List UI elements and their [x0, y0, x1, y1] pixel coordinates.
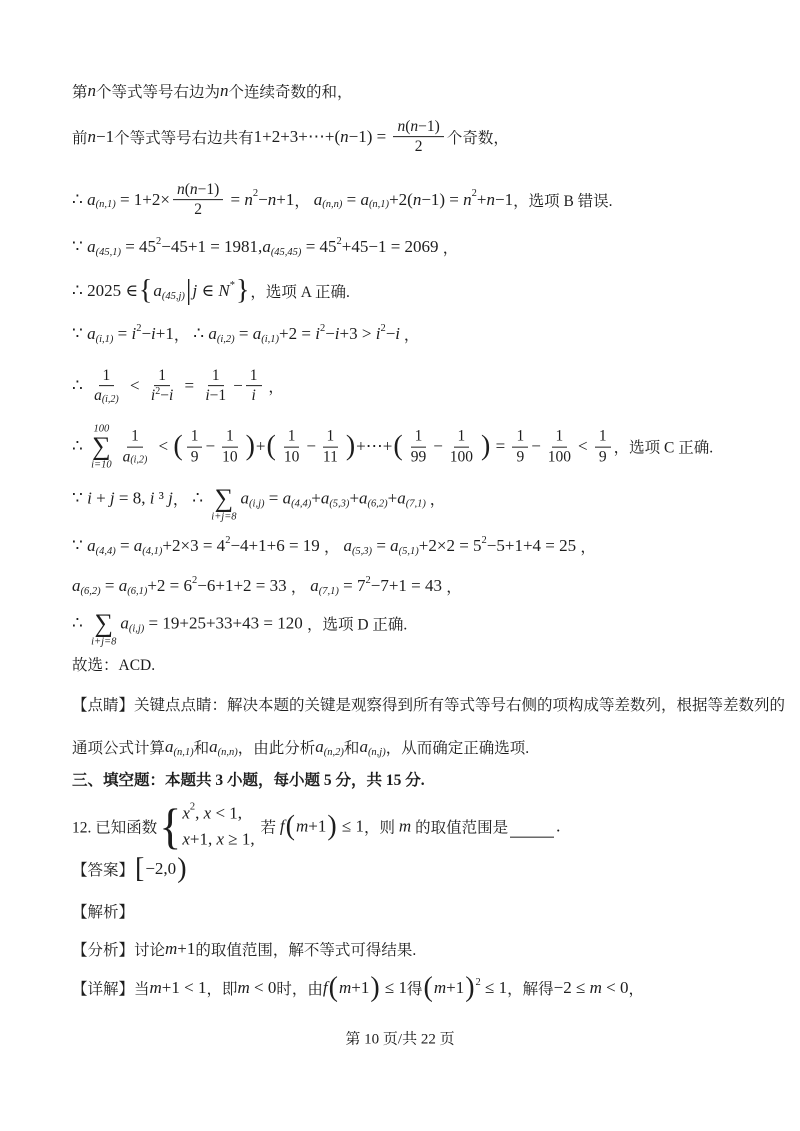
roman-text: 9 — [599, 448, 607, 467]
math-variable: n — [413, 190, 422, 210]
roman-text: 100 — [548, 448, 571, 467]
fraction: 1i−1 — [201, 366, 230, 406]
roman-text: −1 — [495, 190, 513, 210]
math-variable: m — [434, 978, 446, 998]
roman-text: −45+1 = 1981, — [161, 237, 262, 257]
subscript: (7,1) — [319, 586, 339, 597]
fraction: 110 — [280, 427, 304, 467]
roman-text: ≥ 1, — [224, 827, 255, 853]
roman-text: 1 — [516, 427, 524, 446]
piecewise-function: {x2, x < 1,x+1, x ≥ 1, — [159, 801, 254, 854]
math-variable: m — [339, 978, 351, 998]
math-variable: a — [123, 448, 131, 467]
superscript: 2 — [380, 323, 385, 334]
cjk-text: ，选项 D 正确. — [307, 613, 407, 635]
math-variable: n — [244, 190, 253, 210]
sum-lower-limit: i=10 — [91, 459, 112, 470]
text-line: 通项公式计算a(n,1)和a(n,n)，由此分析a(n,2)和a(n,j)，从而… — [72, 736, 754, 758]
text-line: ∴ 1a(i,2) < 1i2−i = 1i−1−1i ， — [72, 366, 754, 406]
roman-text: 99 — [411, 448, 427, 467]
roman-text: −2 ≤ — [554, 978, 590, 998]
math-variable: a — [209, 737, 218, 757]
roman-text: ∈ — [197, 281, 218, 301]
numerator: 1 — [323, 427, 339, 447]
numerator: 1 — [208, 366, 224, 386]
math-variable: i — [251, 387, 255, 406]
denominator: 100 — [446, 448, 477, 467]
superscript: 2 — [320, 323, 325, 334]
cjk-text: 【答案】 — [72, 858, 134, 880]
sum-lower-limit: i+j=8 — [211, 511, 236, 522]
math-variable: x — [182, 801, 190, 827]
superscript: 2 — [136, 323, 141, 334]
denominator: 2 — [190, 201, 206, 220]
roman-text: = — [180, 376, 198, 396]
cjk-text: 【详解】当 — [72, 977, 150, 999]
cjk-text: 【解析】 — [72, 900, 134, 922]
cjk-text: ， — [443, 236, 459, 258]
roman-text: < 0 — [250, 978, 277, 998]
roman-text: − — [433, 437, 443, 457]
subscript: (i,1) — [261, 334, 279, 345]
math-variable: a — [87, 324, 96, 344]
big-delimiter: ( — [173, 433, 182, 461]
big-delimiter: ) — [481, 433, 490, 461]
fraction: 111 — [319, 427, 342, 467]
text-line: ∵ i + j = 8, i ³ j， ∴ ∑i+j=8a(i,j) = a(4… — [72, 476, 754, 523]
roman-text: ≤ 1 — [481, 978, 507, 998]
numerator: 1 — [552, 427, 568, 447]
subscript: (n,1) — [174, 747, 194, 758]
piecewise-rows: x2, x < 1,x+1, x ≥ 1, — [182, 801, 254, 854]
big-delimiter: ( — [266, 433, 275, 461]
subscript: (4,4) — [291, 498, 311, 509]
roman-text: ∴ — [72, 190, 87, 210]
superscript: 2 — [482, 535, 487, 546]
roman-text: = 8, — [115, 489, 150, 509]
roman-text: +1, — [190, 827, 217, 853]
cjk-text: ， — [628, 977, 644, 999]
numerator: 1 — [512, 427, 528, 447]
roman-text: ∵ — [72, 536, 87, 556]
roman-text: −6+1+2 = 33 — [197, 576, 291, 596]
roman-text: 10 — [284, 448, 300, 467]
math-variable: m — [150, 978, 162, 998]
math-variable: a — [390, 536, 399, 556]
roman-text: −4+1+6 = 19 — [230, 536, 324, 556]
roman-text: ∴ — [192, 489, 207, 509]
numerator: n(n−1) — [173, 180, 223, 200]
cjk-text: 12. 已知函数 — [72, 816, 157, 838]
roman-text: − — [160, 387, 169, 406]
fraction: 1i — [246, 366, 262, 406]
subscript: (5,3) — [352, 546, 372, 557]
answer-line: 【答案】[−2,0) — [72, 855, 754, 883]
cjk-text: 【分析】讨论 — [72, 938, 165, 960]
roman-text: = — [372, 536, 390, 556]
roman-text: 1 — [191, 427, 199, 446]
big-delimiter: ) — [370, 974, 379, 1002]
math-variable: a — [360, 190, 369, 210]
big-delimiter: ) — [465, 974, 474, 1002]
roman-text: = — [113, 324, 131, 344]
math-variable: a — [241, 489, 250, 509]
fraction: 1a(i,2) — [90, 366, 123, 406]
roman-text: 2 — [194, 201, 202, 220]
section-heading: 三、填空题：本题共 3 小题，每小题 5 分，共 15 分. — [72, 768, 754, 790]
numerator: 1 — [99, 366, 115, 386]
math-variable: a — [87, 237, 96, 257]
math-variable: x — [217, 827, 225, 853]
math-variable: n — [190, 180, 198, 199]
roman-text: , — [195, 801, 204, 827]
roman-text: −5+1+4 = 25 — [487, 536, 581, 556]
fraction: n(n−1)2 — [393, 117, 443, 157]
subscript: (i,j) — [129, 623, 144, 634]
roman-text: 1 — [415, 427, 423, 446]
subscript: (n,2) — [324, 747, 344, 758]
roman-text: +1 — [446, 978, 464, 998]
big-delimiter: ( — [329, 974, 338, 1002]
text-line: ∵ a(45,1) = 452−45+1 = 1981,a(45,45) = 4… — [72, 236, 754, 258]
roman-text: +2 = — [279, 324, 315, 344]
roman-text: = 1+2× — [116, 190, 170, 210]
roman-text: +2 = 6 — [147, 576, 192, 596]
math-variable: a — [315, 737, 324, 757]
roman-text: 1 — [131, 427, 139, 446]
roman-text: + — [92, 489, 110, 509]
roman-text: ∵ — [72, 489, 87, 509]
subscript: (4,1) — [142, 546, 162, 557]
math-variable: f — [323, 978, 328, 998]
roman-text: − — [531, 437, 541, 457]
denominator: 100 — [544, 448, 575, 467]
roman-text: ∴ — [193, 324, 208, 344]
big-delimiter: { — [139, 277, 152, 305]
roman-text: −7+1 = 43 — [371, 576, 447, 596]
text-line: ∴ 2025 ∈{a(45,j)|j ∈ N*}，选项 A 正确. — [72, 277, 754, 305]
denominator: 9 — [187, 448, 203, 467]
superscript: 2 — [156, 236, 161, 247]
roman-text: − — [325, 324, 335, 344]
roman-text: +45−1 = 2069 — [342, 237, 443, 257]
roman-text: = 19+25+33+43 = 120 — [144, 614, 307, 634]
subscript: (n,n) — [218, 747, 238, 758]
big-delimiter: ) — [327, 813, 336, 841]
subscript: (n,j) — [368, 747, 386, 758]
cjk-text: 个等式等号右边共有 — [114, 126, 254, 148]
roman-text: − — [233, 376, 243, 396]
roman-text: +1 — [308, 817, 326, 837]
cjk-text: ，解得 — [507, 977, 554, 999]
math-variable: a — [262, 237, 271, 257]
cjk-text: 个连续奇数的和， — [229, 80, 353, 102]
subscript: (n,n) — [322, 200, 342, 211]
cjk-text: 和 — [344, 736, 360, 758]
roman-text: 1 — [327, 427, 335, 446]
roman-text: 1 — [556, 427, 564, 446]
roman-text: +3 > — [340, 324, 376, 344]
cjk-text: 若 — [257, 816, 280, 838]
math-variable: a — [343, 536, 352, 556]
superscript: * — [230, 280, 235, 291]
roman-text: < — [154, 437, 172, 457]
big-delimiter: ) — [246, 433, 255, 461]
cjk-text: ， — [173, 488, 192, 510]
roman-text: +2×2 = 5 — [419, 536, 482, 556]
superscript: 2 — [253, 189, 258, 200]
roman-text: − — [258, 190, 268, 210]
superscript: 2 — [472, 189, 477, 200]
cjk-text: ，则 — [364, 816, 399, 838]
document-page: 第n个等式等号右边为n个连续奇数的和， 前n−1个等式等号右边共有1+2+3+⋯… — [0, 0, 800, 1131]
superscript: 2 — [476, 977, 481, 988]
cjk-text: 第 — [72, 80, 88, 102]
roman-text: 2 — [415, 138, 423, 157]
roman-text: ∵ — [72, 237, 87, 257]
math-variable: x — [182, 827, 190, 853]
text-line: 【解析】 — [72, 900, 754, 922]
big-delimiter: | — [186, 277, 192, 305]
roman-text: +2( — [389, 190, 413, 210]
big-delimiter: ) — [177, 855, 186, 883]
numerator: 1 — [595, 427, 611, 447]
superscript: 2 — [337, 236, 342, 247]
math-variable: x — [204, 801, 212, 827]
cjk-text: ，由此分析 — [238, 736, 316, 758]
math-variable: N — [218, 281, 229, 301]
roman-text: = — [491, 437, 509, 457]
denominator: 10 — [218, 448, 242, 467]
cjk-text: 三、填空题：本题共 3 小题，每小题 5 分，共 15 分. — [72, 768, 425, 790]
cjk-text: ， — [174, 323, 193, 345]
roman-text: = — [265, 489, 283, 509]
cjk-text: 得 — [407, 977, 423, 999]
roman-text: ≤ 1 — [338, 817, 364, 837]
math-variable: n — [410, 117, 418, 136]
roman-text: ∵ — [72, 324, 87, 344]
roman-text: 10 — [222, 448, 238, 467]
roman-text: = — [116, 536, 134, 556]
roman-text: 11 — [323, 448, 338, 467]
big-delimiter: } — [236, 277, 249, 305]
fraction: n(n−1)2 — [173, 180, 223, 220]
subscript: (i,2) — [130, 455, 147, 468]
subscript: (45,45) — [271, 247, 302, 258]
text-line: 前n−1个等式等号右边共有1+2+3+⋯+(n−1) = n(n−1)2个奇数， — [72, 117, 754, 157]
math-variable: a — [134, 536, 143, 556]
roman-text: < — [578, 437, 592, 457]
math-variable: a — [72, 576, 81, 596]
cjk-text: 【点睛】关键点点睛：解决本题的关键是观察得到所有等式等号右侧的项构成等差数列，根… — [72, 693, 785, 715]
numerator: 1 — [127, 427, 143, 447]
math-variable: a — [321, 489, 330, 509]
big-delimiter: ( — [424, 974, 433, 1002]
roman-text: ≤ 1 — [381, 978, 407, 998]
sigma-icon: ∑ — [94, 612, 113, 637]
roman-text: 1 — [250, 366, 258, 385]
roman-text: +2×3 = 4 — [162, 536, 225, 556]
piecewise-row: x2, x < 1, — [182, 801, 254, 827]
fraction: 19 — [595, 427, 611, 467]
roman-text: 1 — [103, 366, 111, 385]
subscript: (i,1) — [96, 334, 114, 345]
answer-blank — [510, 823, 554, 838]
subscript: (n,1) — [369, 200, 389, 211]
math-variable: n — [88, 127, 97, 147]
piecewise-row: x+1, x ≥ 1, — [182, 827, 254, 853]
math-variable: i — [169, 387, 173, 406]
roman-text: < 0 — [602, 978, 629, 998]
math-variable: a — [94, 387, 102, 406]
denominator: 10 — [280, 448, 304, 467]
numerator: 1 — [222, 427, 238, 447]
cjk-text: 时，由 — [276, 977, 323, 999]
roman-text: + — [256, 437, 266, 457]
math-variable: a — [283, 489, 292, 509]
math-variable: a — [120, 614, 129, 634]
roman-text: = 7 — [339, 576, 366, 596]
math-variable: a — [310, 576, 319, 596]
math-variable: a — [165, 737, 174, 757]
cjk-text: ，从而确定正确选项. — [386, 736, 529, 758]
fraction: 199 — [407, 427, 431, 467]
cjk-text: ， — [294, 189, 313, 211]
denominator: i−1 — [201, 387, 230, 406]
math-variable: a — [208, 324, 217, 344]
cjk-text: ， — [446, 575, 462, 597]
subscript: (i,j) — [249, 498, 264, 509]
denominator: i2−i — [147, 387, 177, 406]
roman-text: +1 — [177, 939, 195, 959]
numerator: 1 — [454, 427, 470, 447]
text-line: 【点睛】关键点点睛：解决本题的关键是观察得到所有等式等号右侧的项构成等差数列，根… — [72, 693, 754, 715]
summation: ∑i+j=8 — [91, 601, 116, 648]
text-line: a(6,2) = a(6,1)+2 = 62−6+1+2 = 33 ， a(7,… — [72, 575, 754, 597]
roman-text: 9 — [191, 448, 199, 467]
summation: 100∑i=10 — [91, 424, 112, 471]
question-line: 12. 已知函数{x2, x < 1,x+1, x ≥ 1, 若 f(m+1) … — [72, 801, 754, 854]
roman-text: = — [235, 324, 253, 344]
subscript: (6,2) — [81, 586, 101, 597]
subscript: (6,2) — [368, 498, 388, 509]
roman-text: . — [556, 817, 560, 837]
fraction: 19 — [187, 427, 203, 467]
sigma-icon: ∑ — [215, 487, 234, 512]
math-variable: m — [296, 817, 308, 837]
roman-text: + — [388, 489, 398, 509]
roman-text: < 1, — [211, 801, 242, 827]
roman-text: 1 — [599, 427, 607, 446]
roman-text: < — [126, 376, 144, 396]
cjk-text: ， — [291, 575, 310, 597]
roman-text: ∴ 2025 ∈ — [72, 281, 138, 301]
math-variable: a — [87, 190, 96, 210]
roman-text: 1 — [458, 427, 466, 446]
denominator: i — [247, 387, 259, 406]
denominator: 2 — [411, 138, 427, 157]
subscript: (n,1) — [96, 200, 116, 211]
denominator: 99 — [407, 448, 431, 467]
math-variable: a — [359, 489, 368, 509]
numerator: 1 — [411, 427, 427, 447]
numerator: n(n−1) — [393, 117, 443, 137]
math-variable: n — [88, 81, 97, 101]
roman-text: − — [141, 324, 151, 344]
subscript: (45,j) — [162, 291, 185, 302]
numerator: 1 — [284, 427, 300, 447]
math-variable: a — [153, 281, 162, 301]
numerator: 1 — [246, 366, 262, 386]
math-variable: f — [280, 817, 285, 837]
summation: ∑i+j=8 — [211, 476, 236, 523]
numerator: 1 — [187, 427, 203, 447]
cjk-text: 通项公式计算 — [72, 736, 165, 758]
subscript: (i,2) — [217, 334, 235, 345]
roman-text: ∴ — [72, 437, 87, 457]
denominator: 9 — [512, 448, 528, 467]
cjk-text: 故选：ACD. — [72, 653, 155, 675]
big-delimiter: ( — [393, 433, 402, 461]
roman-text: = — [226, 190, 244, 210]
cjk-text: 个等式等号右边为 — [96, 80, 220, 102]
math-variable: n — [340, 127, 349, 147]
roman-text: = — [101, 576, 119, 596]
answer-choice-line: 故选：ACD. — [72, 653, 754, 675]
sigma-icon: ∑ — [92, 435, 111, 460]
numerator: 1 — [154, 366, 170, 386]
roman-text: −1) — [418, 117, 440, 136]
roman-text: −1) = — [349, 127, 391, 147]
big-delimiter: ( — [286, 813, 295, 841]
roman-text: 1 — [158, 366, 166, 385]
cjk-text: ， — [426, 488, 445, 510]
math-variable: n — [487, 190, 496, 210]
roman-text: −1 — [210, 387, 227, 406]
math-variable: m — [165, 939, 177, 959]
text-line: ∴ 100∑i=101a(i,2) < (19−110)+(110−111)+⋯… — [72, 424, 754, 471]
text-line: 第n个等式等号右边为n个连续奇数的和， — [72, 80, 754, 102]
cjk-text: 的取值范围，解不等式可得结果. — [195, 938, 416, 960]
subscript: (5,3) — [329, 498, 349, 509]
cjk-text: ，选项 C 正确. — [614, 436, 713, 458]
text-line: ∵ a(4,4) = a(4,1)+2×3 = 42−4+1+6 = 19 ， … — [72, 535, 754, 557]
sum-lower-limit: i+j=8 — [91, 636, 116, 647]
superscript: 2 — [225, 535, 230, 546]
cjk-text: ，即 — [206, 977, 237, 999]
cjk-text: ， — [580, 535, 596, 557]
superscript: 2 — [366, 575, 371, 586]
cjk-text: ， — [400, 323, 419, 345]
math-variable: a — [397, 489, 406, 509]
math-variable: a — [359, 737, 368, 757]
math-variable: a — [87, 536, 96, 556]
math-variable: n — [177, 180, 185, 199]
denominator: a(i,2) — [90, 387, 123, 406]
roman-text: +1 — [156, 324, 174, 344]
roman-text: +1 — [276, 190, 294, 210]
big-delimiter: [ — [135, 855, 144, 883]
text-line: ∴ ∑i+j=8a(i,j) = 19+25+33+43 = 120 ，选项 D… — [72, 601, 754, 648]
roman-text: + — [311, 489, 321, 509]
roman-text: −2,0 — [145, 859, 176, 879]
big-delimiter: ) — [346, 433, 355, 461]
roman-text: ³ — [154, 489, 168, 509]
superscript: 2 — [155, 386, 160, 399]
subscript: (45,1) — [96, 247, 121, 258]
cjk-text: 前 — [72, 126, 88, 148]
roman-text: 1 — [226, 427, 234, 446]
